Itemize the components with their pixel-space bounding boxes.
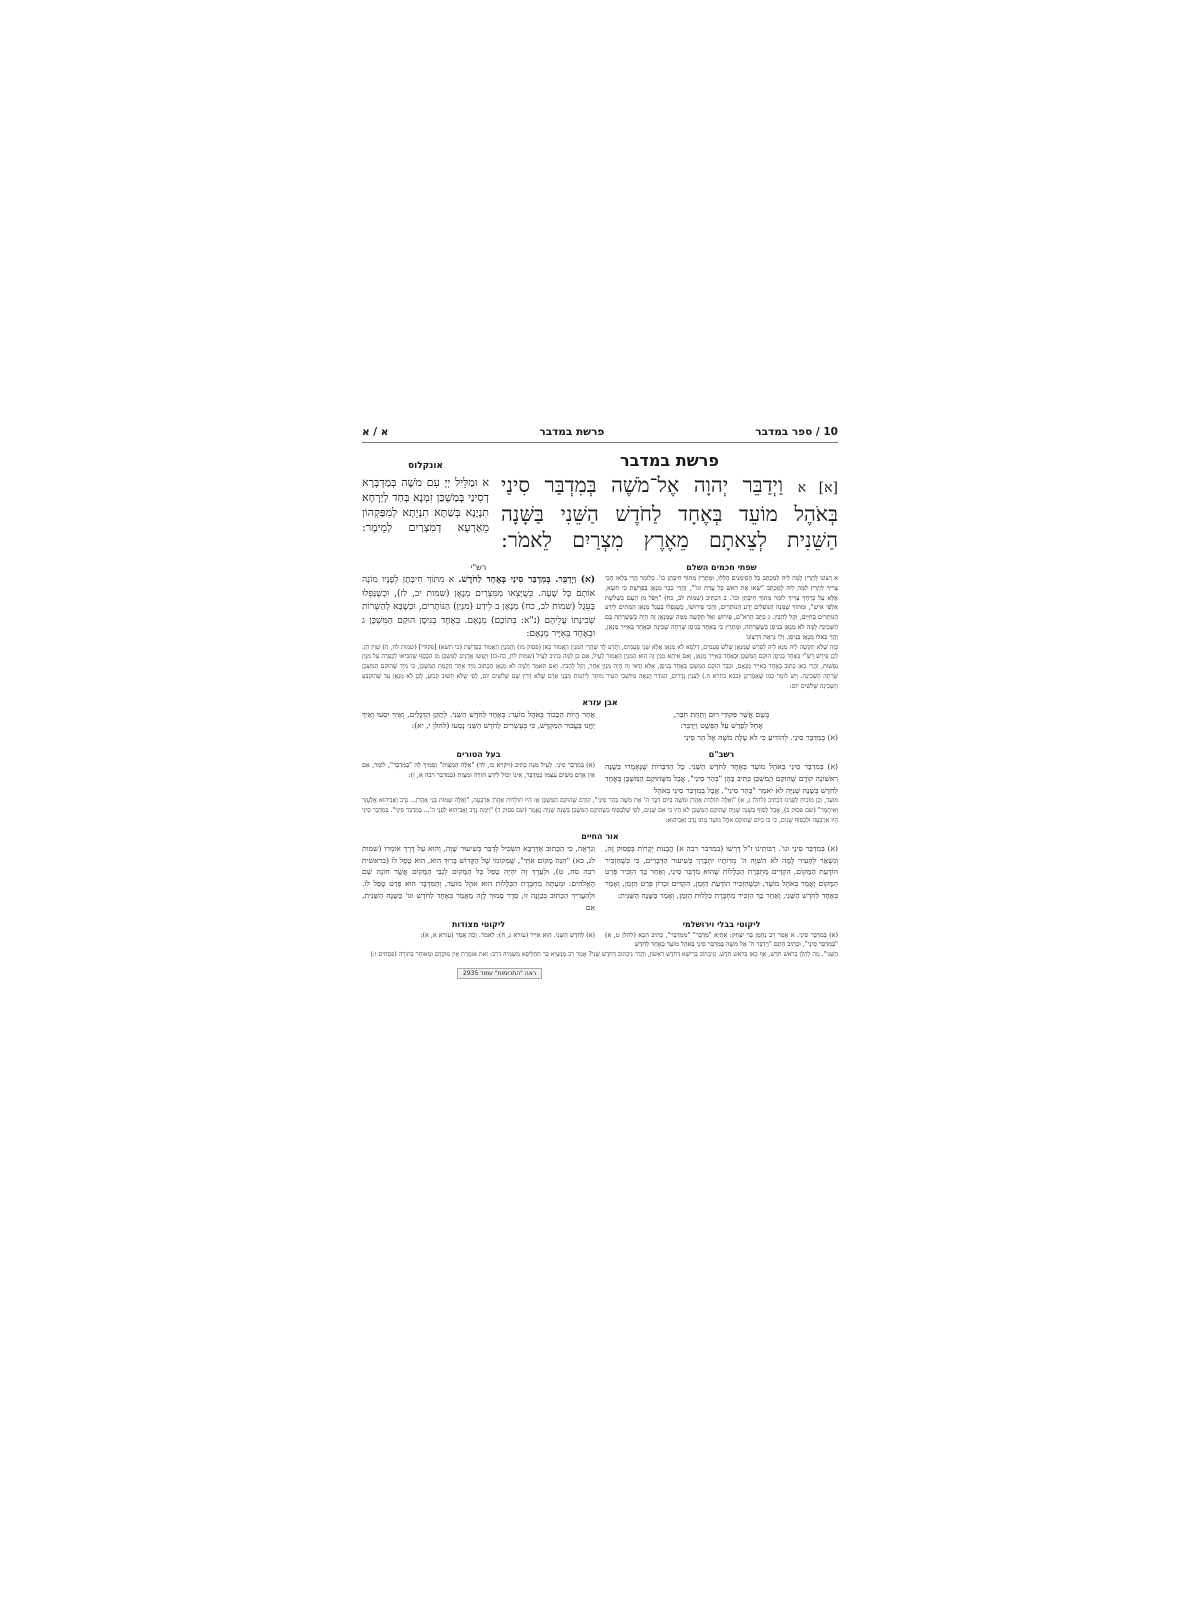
rashi-siftei-block: שפתי חכמים השלם א רְצוֹנוֹ לְתָרֵץ לָמָּ… bbox=[362, 557, 838, 643]
or-hachaim-right: (א) בְּמִדְבַּר סִינַי וגו'. רַבּוֹתֵינו… bbox=[605, 843, 838, 914]
likutei-metzudos-text: (א) לַחֹדֶשׁ הַשֵּׁנִי. הוּא אִיָּיר (עז… bbox=[362, 931, 595, 941]
torah-onkelos-block: פרשת במדבר [א] א וַיְדַבֵּר יְהוָה אֶל־מ… bbox=[362, 449, 838, 553]
baal-haturim-title: בעל הטורים bbox=[362, 750, 595, 759]
running-header: 10 / ספר במדבר פרשת במדבר א / א bbox=[362, 426, 838, 443]
or-hachaim-title: אור החיים bbox=[362, 832, 838, 841]
rashbam-continuation: מוֹעֵד, וְכֵן מוֹכִיחַ לְפָנֵינוּ דִּכְת… bbox=[362, 796, 838, 825]
ibn-ezra-left: אַחַר הֱיוֹת הַכָּבוֹד בְּאֹהֶל מוֹעֵד: … bbox=[362, 709, 595, 744]
likutei-bavli-title: ליקוטי בבלי וירושלמי bbox=[605, 920, 838, 929]
chapter-verse: א / א bbox=[362, 426, 388, 438]
parsha-header: פרשת במדבר bbox=[539, 426, 604, 438]
or-hachaim-left: וְנִרְאֶה, כִּי הַכָּתוּב אַדְּרַבָּא הִ… bbox=[362, 843, 595, 914]
ibn-ezra-title: אבן עזרא bbox=[362, 698, 838, 707]
verse-text: וַיְדַבֵּר יְהוָה אֶל־מֹשֶׁה בְּמִדְבַּר… bbox=[501, 473, 838, 552]
page-number-book: 10 / ספר במדבר bbox=[755, 426, 838, 438]
ibn-ezra-right-text: (א) בְּמִדְבַּר סִינַי. לְהוֹדִיעַ כִּי … bbox=[605, 732, 838, 744]
onkelos-column: אונקלוס א וּמַלֵּיל יְיָ עִם מֹשֶׁה בְּמ… bbox=[362, 449, 489, 553]
ibn-ezra-block: בְּשֵׁם אֲשֶׁר פִּקּוּדֵי רוּם וְתַחַת ח… bbox=[362, 709, 838, 744]
baal-haturim-column: בעל הטורים (א) בְּמִדְבַּר סִינַי. לְעֵי… bbox=[362, 744, 595, 796]
likutei-bavli-column: ליקוטי בבלי וירושלמי (א) בְּמִדְבַּר סִי… bbox=[605, 914, 838, 951]
rashi-text: (א) וַיְדַבֵּר. בְּמִדְבַּר סִינַי בְּאֶ… bbox=[362, 574, 595, 642]
rashbam-title: רשב"ם bbox=[605, 750, 838, 759]
verse-marker: [א] א bbox=[798, 480, 838, 496]
likutei-block: ליקוטי בבלי וירושלמי (א) בְּמִדְבַּר סִי… bbox=[362, 914, 838, 951]
rashi-heading: (א) וַיְדַבֵּר. בְּמִדְבַּר סִינַי בְּאֶ… bbox=[458, 575, 595, 585]
document-page: 10 / ספר במדבר פרשת במדבר א / א פרשת במד… bbox=[362, 426, 838, 979]
siftei-chachamim-text: א רְצוֹנוֹ לְתָרֵץ לָמָּה לֵיהּ לְמִכְתַ… bbox=[605, 574, 838, 643]
onkelos-title: אונקלוס bbox=[362, 461, 489, 471]
ibn-ezra-left-text: אַחַר הֱיוֹת הַכָּבוֹד בְּאֹהֶל מוֹעֵד: … bbox=[362, 709, 595, 733]
torah-text-column: פרשת במדבר [א] א וַיְדַבֵּר יְהוָה אֶל־מ… bbox=[501, 449, 838, 553]
footer-reference: ראה "התרומות" עמוד 2935 bbox=[457, 968, 542, 979]
siftei-chachamim-title: שפתי חכמים השלם bbox=[605, 563, 838, 572]
rashbam-column: רשב"ם (א) בְּמִדְבַּר סִינַי בְּאֹהֶל מו… bbox=[605, 744, 838, 796]
ibn-ezra-poem-line-2: אָחֵל לְפָרֵשׁ עַל הַפְּשָׁט וַיְדַבֵּר: bbox=[605, 720, 838, 732]
rashi-title: רש"י bbox=[362, 563, 595, 572]
parsha-title: פרשת במדבר bbox=[501, 451, 838, 470]
or-hachaim-block: (א) בְּמִדְבַּר סִינַי וגו'. רַבּוֹתֵינו… bbox=[362, 843, 838, 914]
likutei-bavli-continuation: הַשֵּׁנִי". מַה לְהַלָּן בְּרֹאשׁ חֹדֶשׁ… bbox=[362, 950, 838, 960]
ibn-ezra-poem-line-1: בְּשֵׁם אֲשֶׁר פִּקּוּדֵי רוּם וְתַחַת ח… bbox=[605, 709, 838, 721]
torah-verse: [א] א וַיְדַבֵּר יְהוָה אֶל־מֹשֶׁה בְּמִ… bbox=[501, 472, 838, 553]
siftei-chachamim-column: שפתי חכמים השלם א רְצוֹנוֹ לְתָרֵץ לָמָּ… bbox=[605, 557, 838, 643]
baal-haturim-text: (א) בְּמִדְבַּר סִינַי. לְעֵיל מִנָּה כְ… bbox=[362, 761, 595, 781]
footer-reference-wrap: ראה "התרומות" עמוד 2935 bbox=[362, 960, 838, 979]
siftei-chachamim-continuation: בָּזֶה שֶׁלֹּא תַּקְשֶׁה לֵיהּ מְנָא לֵי… bbox=[362, 643, 838, 692]
likutei-metzudos-column: ליקוטי מצודות (א) לַחֹדֶשׁ הַשֵּׁנִי. הו… bbox=[362, 914, 595, 951]
rashi-column: רש"י (א) וַיְדַבֵּר. בְּמִדְבַּר סִינַי … bbox=[362, 557, 595, 643]
rashbam-baal-haturim-block: רשב"ם (א) בְּמִדְבַּר סִינַי בְּאֹהֶל מו… bbox=[362, 744, 838, 796]
likutei-bavli-text: (א) בְּמִדְבַּר סִינַי. א אָמַר רַב נַחְ… bbox=[605, 931, 838, 951]
onkelos-text: א וּמַלֵּיל יְיָ עִם מֹשֶׁה בְּמַדְבְּרָ… bbox=[362, 475, 489, 535]
likutei-metzudos-title: ליקוטי מצודות bbox=[362, 920, 595, 929]
rashbam-text: (א) בְּמִדְבַּר סִינַי בְּאֹהֶל מוֹעֵד ב… bbox=[605, 761, 838, 796]
ibn-ezra-right: בְּשֵׁם אֲשֶׁר פִּקּוּדֵי רוּם וְתַחַת ח… bbox=[605, 709, 838, 744]
